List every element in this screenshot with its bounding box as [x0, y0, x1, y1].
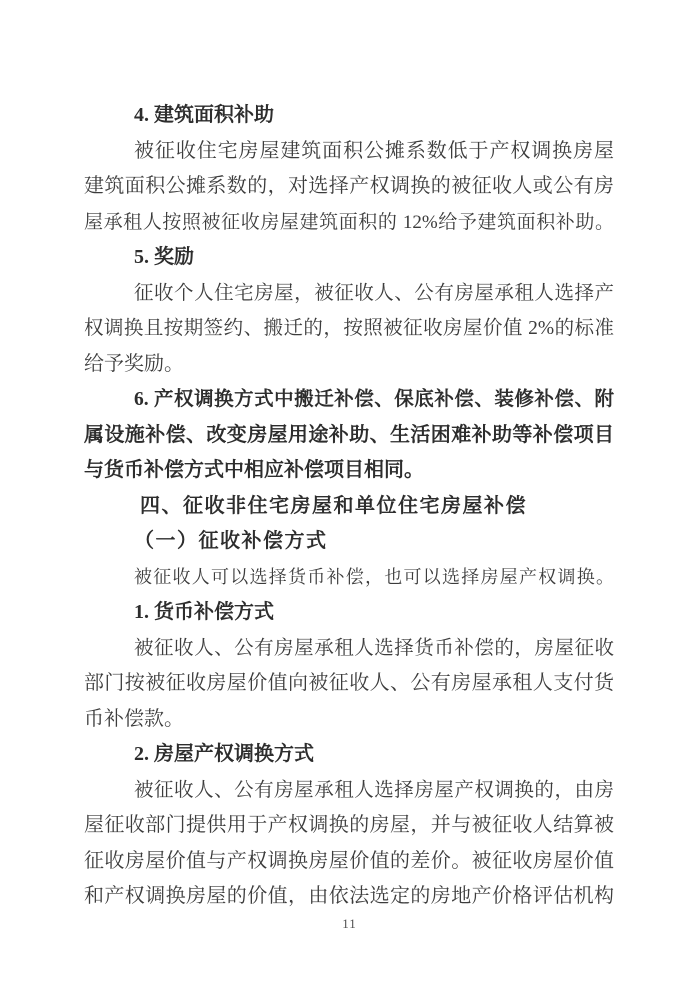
- heading-5-reward: 5. 奖励: [84, 240, 614, 276]
- paragraph-line: 币补偿款。: [84, 702, 614, 738]
- document-text: 4. 建筑面积补助 被征收住宅房屋建筑面积公摊系数低于产权调换房屋 建筑面积公摊…: [84, 98, 614, 915]
- heading-6-swap-compensation: 6. 产权调换方式中搬迁补偿、保底补偿、装修补偿、附: [84, 382, 614, 418]
- paragraph-line: 被征收住宅房屋建筑面积公摊系数低于产权调换房屋: [84, 134, 614, 170]
- paragraph-line: 屋承租人按照被征收房屋建筑面积的 12%给予建筑面积补助。: [84, 205, 614, 241]
- paragraph-line: 被征收人可以选择货币补偿，也可以选择房屋产权调换。: [84, 560, 614, 596]
- paragraph-line-bold: 与货币补偿方式中相应补偿项目相同。: [84, 453, 614, 489]
- page-number: 11: [0, 916, 699, 932]
- subsection-heading-1: （一）征收补偿方式: [84, 524, 614, 560]
- paragraph-line: 部门按被征收房屋价值向被征收人、公有房屋承租人支付货: [84, 666, 614, 702]
- paragraph-line-bold: 属设施补偿、改变房屋用途补助、生活困难补助等补偿项目: [84, 418, 614, 454]
- paragraph-line: 建筑面积公摊系数的，对选择产权调换的被征收人或公有房: [84, 169, 614, 205]
- heading-4-building-area-subsidy: 4. 建筑面积补助: [84, 98, 614, 134]
- heading-2-property-swap: 2. 房屋产权调换方式: [84, 737, 614, 773]
- paragraph-line: 权调换且按期签约、搬迁的，按照被征收房屋价值 2%的标准: [84, 311, 614, 347]
- paragraph-line: 被征收人、公有房屋承租人选择房屋产权调换的，由房: [84, 773, 614, 809]
- paragraph-line: 征收房屋价值与产权调换房屋价值的差价。被征收房屋价值: [84, 844, 614, 880]
- section-heading-4: 四、征收非住宅房屋和单位住宅房屋补偿: [84, 489, 614, 525]
- paragraph-line: 屋征收部门提供用于产权调换的房屋，并与被征收人结算被: [84, 808, 614, 844]
- paragraph-line: 和产权调换房屋的价值，由依法选定的房地产价格评估机构: [84, 879, 614, 915]
- heading-1-monetary-compensation: 1. 货币补偿方式: [84, 595, 614, 631]
- document-page: 4. 建筑面积补助 被征收住宅房屋建筑面积公摊系数低于产权调换房屋 建筑面积公摊…: [0, 0, 699, 989]
- paragraph-line: 给予奖励。: [84, 347, 614, 383]
- paragraph-line: 征收个人住宅房屋，被征收人、公有房屋承租人选择产: [84, 276, 614, 312]
- paragraph-line: 被征收人、公有房屋承租人选择货币补偿的，房屋征收: [84, 631, 614, 667]
